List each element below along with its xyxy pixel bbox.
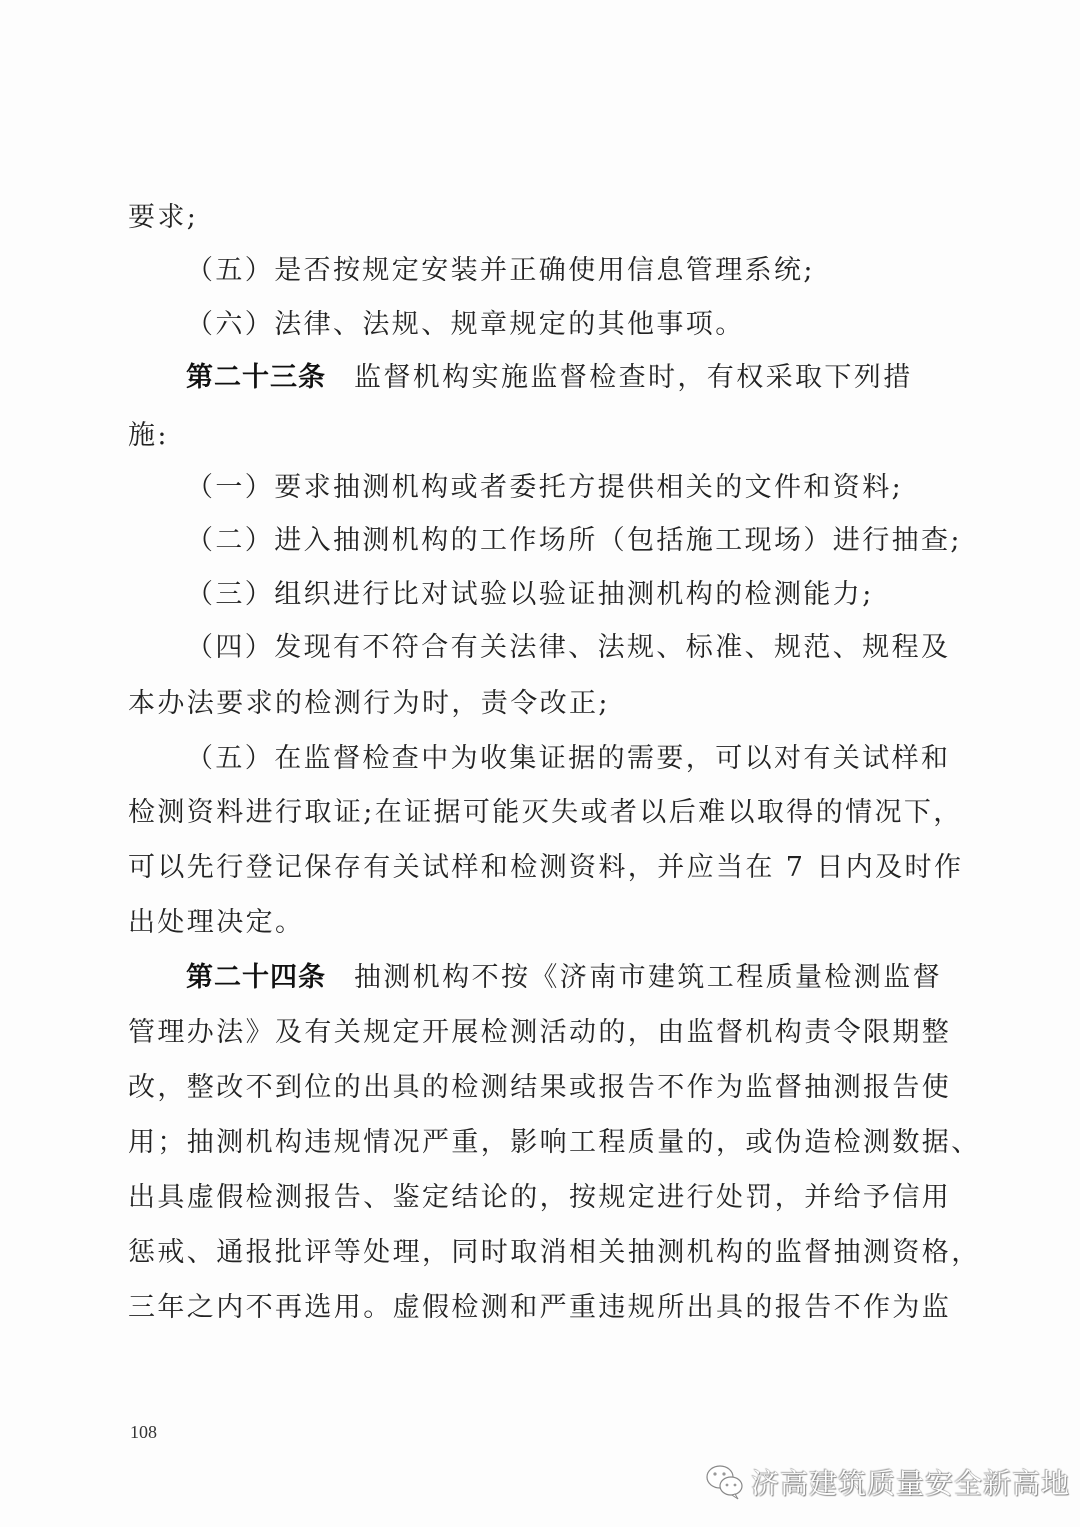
text-line: 要求; — [128, 200, 198, 236]
article-24-heading-line: 第二十四条抽测机构不按《济南市建筑工程质量检测监督 — [186, 960, 942, 996]
text-line: （三）组织进行比对试验以验证抽测机构的检测能力; — [186, 577, 874, 613]
text-line: 三年之内不再选用。虚假检测和严重违规所出具的报告不作为监 — [128, 1290, 951, 1326]
text-line: 惩戒、通报批评等处理，同时取消相关抽测机构的监督抽测资格， — [128, 1235, 981, 1271]
text-line: 本办法要求的检测行为时，责令改正; — [128, 686, 610, 722]
document-page: 要求; （五）是否按规定安装并正确使用信息管理系统; （六）法律、法规、规章规定… — [0, 0, 1080, 1527]
text-line: 检测资料进行取证;在证据可能灭失或者以后难以取得的情况下， — [128, 795, 963, 831]
text-line: 用；抽测机构违规情况严重，影响工程质量的，或伪造检测数据、 — [128, 1125, 981, 1161]
text-line: 出处理决定。 — [128, 905, 304, 941]
wechat-icon — [705, 1464, 745, 1500]
text-line: 施: — [128, 418, 169, 454]
article-23-heading-line: 第二十三条监督机构实施监督检查时，有权采取下列措 — [186, 360, 913, 396]
text-line: （四）发现有不符合有关法律、法规、标准、规范、规程及 — [186, 630, 950, 666]
text-line: 管理办法》及有关规定开展检测活动的，由监督机构责令限期整 — [128, 1015, 951, 1051]
text-line: 改，整改不到位的出具的检测结果或报告不作为监督抽测报告使 — [128, 1070, 951, 1106]
wechat-watermark: 济高建筑质量安全新高地 — [705, 1462, 1070, 1502]
article-number: 第二十四条 — [186, 962, 326, 993]
text-line: （一）要求抽测机构或者委托方提供相关的文件和资料; — [186, 470, 903, 506]
page-number: 108 — [130, 1422, 157, 1443]
article-number: 第二十三条 — [186, 362, 326, 393]
text-line: （六）法律、法规、规章规定的其他事项。 — [186, 307, 745, 343]
text-line: （二）进入抽测机构的工作场所（包括施工现场）进行抽查; — [186, 523, 962, 559]
text-line: 出具虚假检测报告、鉴定结论的，按规定进行处罚，并给予信用 — [128, 1180, 951, 1216]
text-line: （五）在监督检查中为收集证据的需要，可以对有关试样和 — [186, 741, 950, 777]
text-line: （五）是否按规定安装并正确使用信息管理系统; — [186, 253, 815, 289]
text-line: 可以先行登记保存有关试样和检测资料，并应当在 7 日内及时作 — [128, 850, 963, 886]
watermark-text: 济高建筑质量安全新高地 — [751, 1462, 1070, 1502]
